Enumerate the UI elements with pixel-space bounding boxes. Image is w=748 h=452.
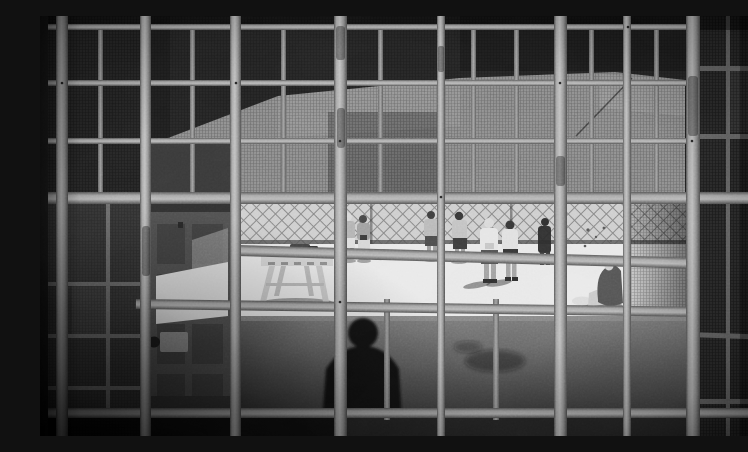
vignette-corner [40,16,748,436]
photo-canvas [40,16,748,436]
photograph: Black-and-white photograph taken from in… [40,16,748,436]
